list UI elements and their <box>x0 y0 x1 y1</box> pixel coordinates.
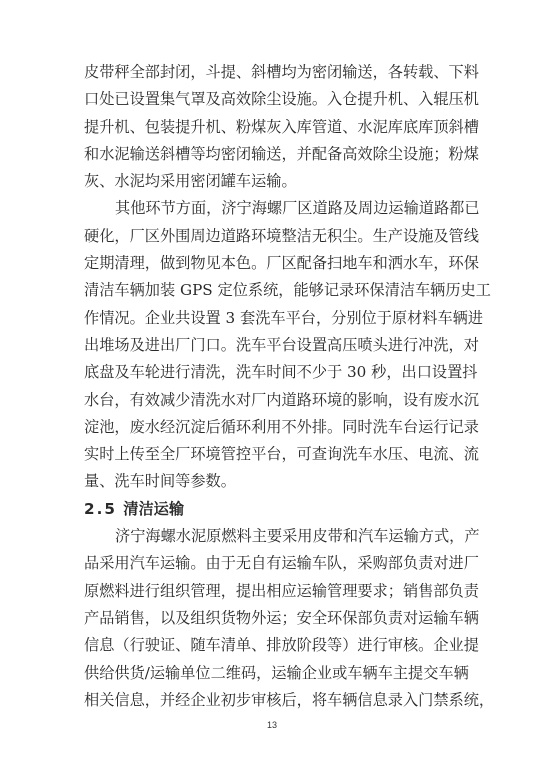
text-line: 口处已设置集气罩及高效除尘设施。入仓提升机、入辊压机 <box>84 86 467 113</box>
text-line: 水台，有效减少清洗水对厂内道路环境的影响，设有废水沉 <box>84 387 467 414</box>
paragraph-clean-transport: 济宁海螺水泥原燃料主要采用皮带和汽车运输方式，产 品采用汽车运输。由于无自有运输… <box>84 523 467 714</box>
text-line: 供给供货/运输单位二维码，运输企业或车辆车主提交车辆 <box>84 660 467 687</box>
paragraph-other-aspects: 其他环节方面，济宁海螺厂区道路及周边运输道路都已 硬化，厂区外围周边道路环境整洁… <box>84 195 467 495</box>
document-page: 皮带秤全部封闭，斗提、斜槽均为密闭输送，各转载、下料 口处已设置集气罩及高效除尘… <box>0 0 550 778</box>
text-line: 相关信息，并经企业初步审核后，将车辆信息录入门禁系统， <box>84 687 467 714</box>
text-line: 信息（行驶证、随车清单、排放阶段等）进行审核。企业提 <box>84 632 467 659</box>
text-line: 作情况。企业共设置 3 套洗车平台，分别位于原材料车辆进 <box>84 305 467 332</box>
page-number: 13 <box>262 720 282 730</box>
section-heading: 2.5 清洁运输 <box>84 496 467 523</box>
section-title: 清洁运输 <box>123 500 184 518</box>
text-line: 灰、水泥均采用密闭罐车运输。 <box>84 168 467 195</box>
text-line: 淀池，废水经沉淀后循环利用不外排。同时洗车台运行记录 <box>84 414 467 441</box>
text-line: 品采用汽车运输。由于无自有运输车队，采购部负责对进厂 <box>84 550 467 577</box>
text-line: 定期清理，做到物见本色。厂区配备扫地车和洒水车，环保 <box>84 250 467 277</box>
text-line: 产品销售，以及组织货物外运；安全环保部负责对运输车辆 <box>84 605 467 632</box>
text-line: 实时上传至全厂环境管控平台，可查询洗车水压、电流、流 <box>84 441 467 468</box>
paragraph-dust-control: 皮带秤全部封闭，斗提、斜槽均为密闭输送，各转载、下料 口处已设置集气罩及高效除尘… <box>84 59 467 195</box>
text-line: 原燃料进行组织管理，提出相应运输管理要求；销售部负责 <box>84 578 467 605</box>
text-line: 底盘及车轮进行清洗，洗车时间不少于 30 秒，出口设置抖 <box>84 359 467 386</box>
text-line: 量、洗车时间等参数。 <box>84 468 467 495</box>
page-body: 皮带秤全部封闭，斗提、斜槽均为密闭输送，各转载、下料 口处已设置集气罩及高效除尘… <box>84 59 467 714</box>
text-line: 硬化，厂区外围周边道路环境整洁无积尘。生产设施及管线 <box>84 223 467 250</box>
text-line: 和水泥输送斜槽等均密闭输送，并配备高效除尘设施；粉煤 <box>84 141 467 168</box>
text-line: 皮带秤全部封闭，斗提、斜槽均为密闭输送，各转载、下料 <box>84 59 467 86</box>
text-line: 出堆场及进出厂门口。洗车平台设置高压喷头进行冲洗，对 <box>84 332 467 359</box>
text-line: 清洁车辆加装 GPS 定位系统，能够记录环保清洁车辆历史工 <box>84 277 467 304</box>
text-line: 济宁海螺水泥原燃料主要采用皮带和汽车运输方式，产 <box>84 523 467 550</box>
text-line: 其他环节方面，济宁海螺厂区道路及周边运输道路都已 <box>84 195 467 222</box>
text-line: 提升机、包装提升机、粉煤灰入库管道、水泥库底库顶斜槽 <box>84 114 467 141</box>
section-number: 2.5 <box>84 496 118 523</box>
